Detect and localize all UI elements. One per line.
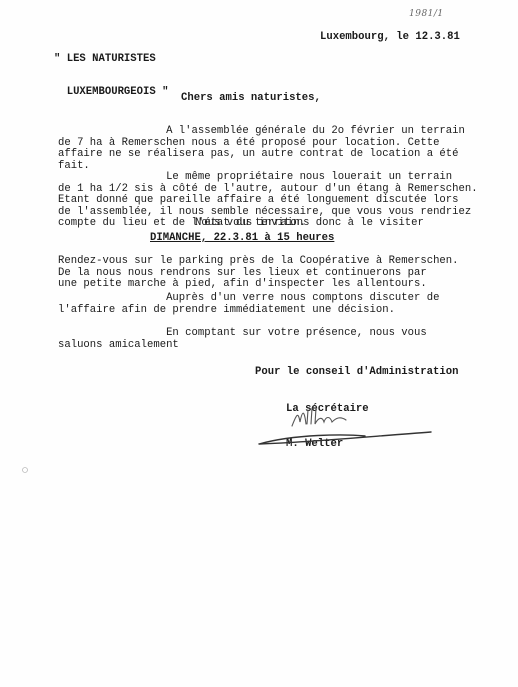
closing-line: Pour le conseil d'Administration <box>255 367 458 379</box>
place-date: Luxembourg, le 12.3.81 <box>320 32 460 44</box>
sender-organization: " LES NATURISTES LUXEMBOURGEOIS " <box>54 32 168 120</box>
scan-speck-icon <box>20 466 30 474</box>
appointment-date: DIMANCHE, 22.3.81 à 15 heures <box>150 233 334 245</box>
salutation: Chers amis naturistes, <box>181 93 321 105</box>
paragraph-meeting-point: Rendez-vous sur le parking près de la Co… <box>58 256 459 291</box>
paragraph-discussion: Auprès d'un verre nous comptons discuter… <box>58 293 439 316</box>
signature-underline-flourish-icon <box>255 428 435 448</box>
paragraph-assembly: A l'assemblée générale du 2o février un … <box>58 126 465 172</box>
sender-line-2: LUXEMBOURGEOIS " <box>54 87 168 98</box>
archive-reference: 1981/1 <box>409 9 444 21</box>
sender-line-1: " LES NATURISTES <box>54 54 168 65</box>
document-page: 1981/1 " LES NATURISTES LUXEMBOURGEOIS "… <box>0 0 518 687</box>
paragraph-invitation: Nous vous invitons donc à le visiter <box>195 218 424 230</box>
paragraph-closing-greeting: En comptant sur votre présence, nous vou… <box>58 328 427 351</box>
